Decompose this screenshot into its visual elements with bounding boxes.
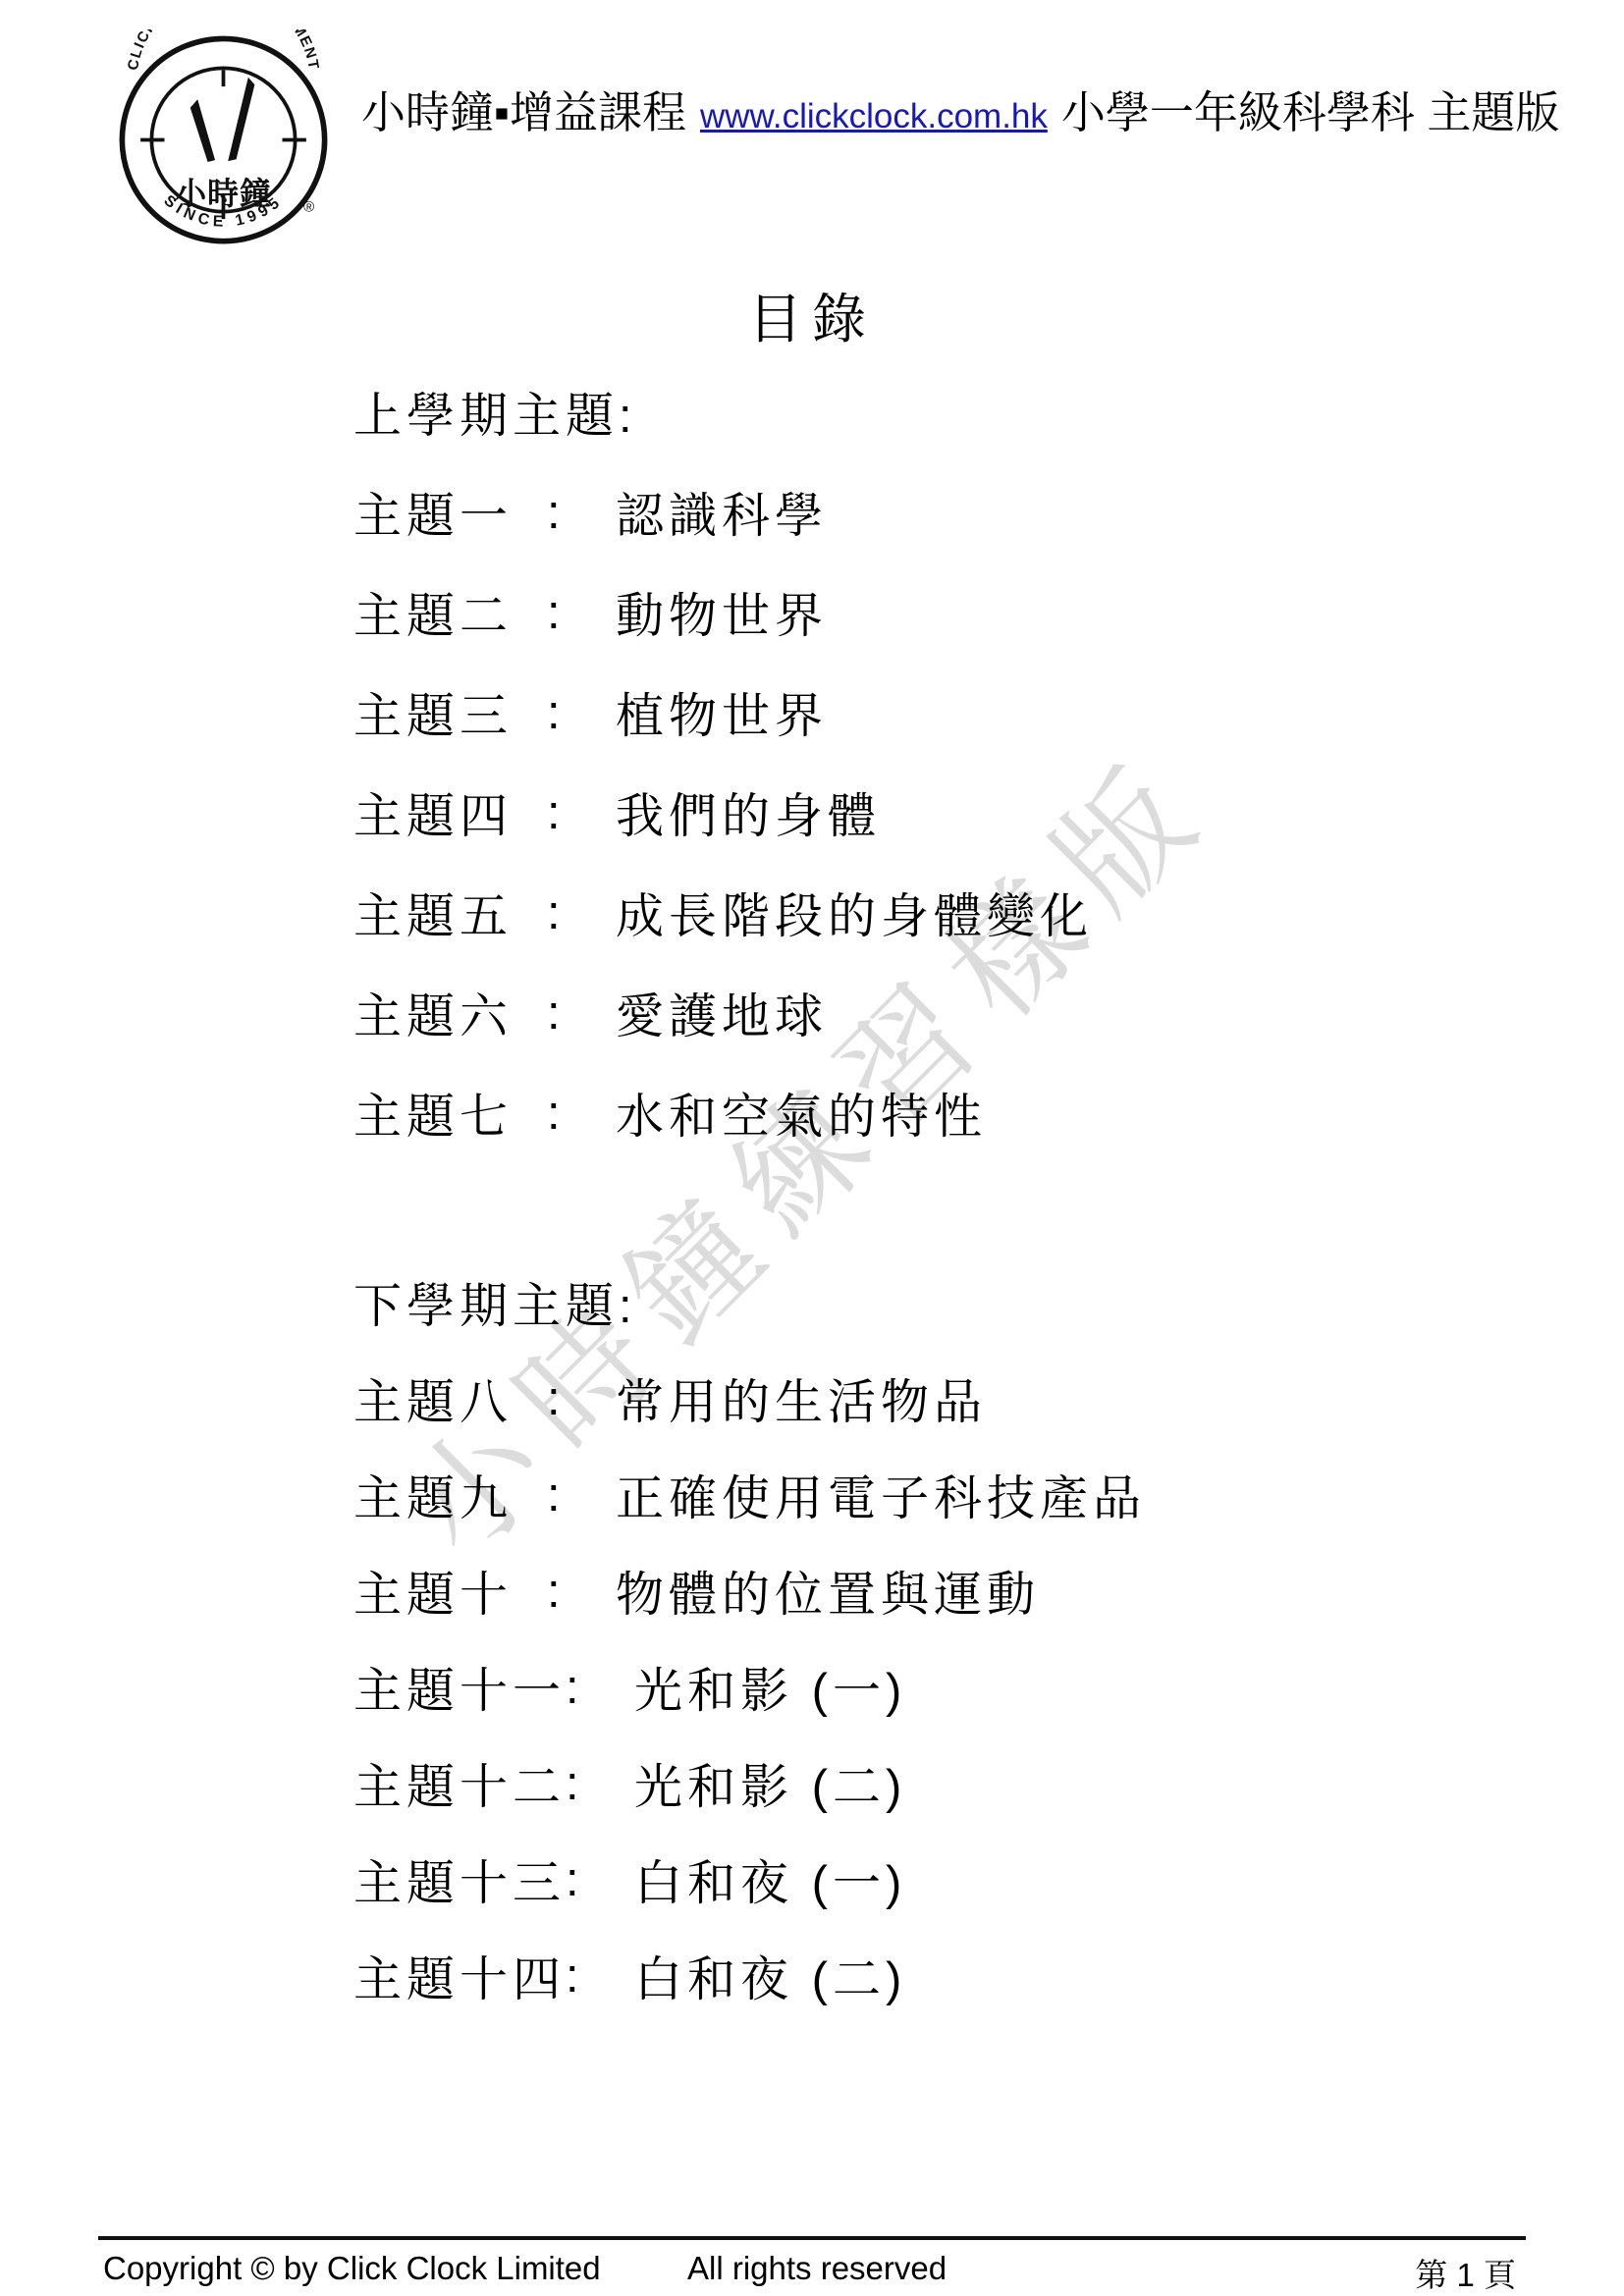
registered-trademark-icon: ® [303,199,314,216]
section-gap [353,1163,1492,1255]
topic-number-label: 主題五 [353,879,547,947]
topic-number-label: 主題二 [353,578,547,647]
toc-item-row: 主題二 : 動物世界 [353,562,1492,663]
toc-item-row: 主題七 : 水和空氣的特性 [353,1063,1492,1163]
topic-title: 認識科學 [616,478,828,547]
topic-colon-separator: : [547,485,616,540]
topic-title: 白和夜 (二) [634,1942,906,2010]
topic-number-label: 主題十二 [353,1749,566,1818]
topic-number-label: 主題四 [353,778,547,847]
topic-title: 植物世界 [616,678,828,747]
first-term-items: 主題一 : 認識科學 主題二 : 動物世界 主題三 : 植物世界 主題四 : 我… [353,462,1492,1163]
topic-colon-separator: : [547,986,616,1041]
toc-item-row: 主題十一 : 光和影 (一) [353,1639,1492,1735]
topic-title: 白和夜 (一) [634,1845,906,1914]
topic-title: 我們的身體 [616,778,881,847]
toc-item-row: 主題四 : 我們的身體 [353,763,1492,863]
toc-list: 上學期主題: 主題一 : 認識科學 主題二 : 動物世界 主題三 : 植物世界 … [353,362,1492,2024]
footer-divider [98,2236,1526,2240]
topic-colon-separator: : [566,1756,634,1811]
topic-number-label: 主題三 [353,678,547,747]
second-term-items: 主題八 : 常用的生活物品 主題九 : 正確使用電子科技產品 主題十 : 物體的… [353,1351,1492,2024]
website-link[interactable]: www.clickclock.com.hk [700,97,1048,135]
topic-title: 正確使用電子科技產品 [616,1461,1146,1529]
logo-center-text: 小時鐘 [175,176,271,211]
topic-number-label: 主題十一 [353,1653,566,1722]
toc-item-row: 主題十三 : 白和夜 (一) [353,1832,1492,1928]
topic-colon-separator: : [547,1468,616,1522]
topic-number-label: 主題六 [353,979,547,1047]
footer-copyright: Copyright © by Click Clock Limited [103,2250,601,2287]
toc-item-row: 主題十二 : 光和影 (二) [353,1735,1492,1832]
topic-colon-separator: : [566,1660,634,1715]
topic-title: 光和影 (一) [634,1653,906,1722]
toc-item-row: 主題一 : 認識科學 [353,462,1492,562]
topic-colon-separator: : [547,585,616,640]
topic-colon-separator: : [547,885,616,940]
topic-title: 光和影 (二) [634,1749,906,1818]
section-heading-first-term: 上學期主題: [353,362,1492,462]
section-heading-second-term: 下學期主題: [353,1255,1492,1351]
topic-number-label: 主題十 [353,1557,547,1626]
toc-item-row: 主題三 : 植物世界 [353,663,1492,763]
topic-title: 動物世界 [616,578,828,647]
clock-hand-right-icon [228,78,254,161]
topic-number-label: 主題十四 [353,1942,566,2010]
topic-number-label: 主題九 [353,1461,547,1529]
toc-item-row: 主題五 : 成長階段的身體變化 [353,863,1492,963]
toc-item-row: 主題九 : 正確使用電子科技產品 [353,1447,1492,1543]
topic-colon-separator: : [566,1949,634,2003]
topic-title: 成長階段的身體變化 [616,879,1093,947]
topic-colon-separator: : [547,1086,616,1141]
toc-item-row: 主題十 : 物體的位置與運動 [353,1543,1492,1639]
toc-item-row: 主題六 : 愛護地球 [353,963,1492,1063]
topic-number-label: 主題一 [353,478,547,547]
topic-title: 物體的位置與運動 [616,1557,1040,1626]
topic-title: 水和空氣的特性 [616,1079,987,1148]
toc-item-row: 主題十四 : 白和夜 (二) [353,1928,1492,2024]
brand-title: 小時鐘▪增益課程 [361,87,686,137]
clock-hand-left-icon [190,99,215,162]
footer-page-number: 第 1 頁 [1415,2250,1516,2296]
page-title: 目錄 [0,276,1624,353]
course-label: 小學一年級科學科 主題版 [1061,87,1560,137]
topic-number-label: 主題八 [353,1364,547,1433]
topic-colon-separator: : [547,685,616,740]
topic-number-label: 主題十三 [353,1845,566,1914]
toc-item-row: 主題八 : 常用的生活物品 [353,1351,1492,1447]
topic-colon-separator: : [566,1852,634,1907]
page-header: 小時鐘▪增益課程www.clickclock.com.hk小學一年級科學科 主題… [361,77,1559,140]
topic-colon-separator: : [547,1564,616,1619]
topic-colon-separator: : [547,1371,616,1426]
document-page: CLICK CLOCK ENHANCEMENT SINCE 1995 小時鐘 ®… [0,0,1624,2296]
topic-number-label: 主題七 [353,1079,547,1148]
footer-rights: All rights reserved [687,2250,947,2287]
topic-title: 常用的生活物品 [616,1364,987,1433]
topic-colon-separator: : [547,785,616,840]
click-clock-logo: CLICK CLOCK ENHANCEMENT SINCE 1995 小時鐘 ® [113,29,334,250]
topic-title: 愛護地球 [616,979,828,1047]
